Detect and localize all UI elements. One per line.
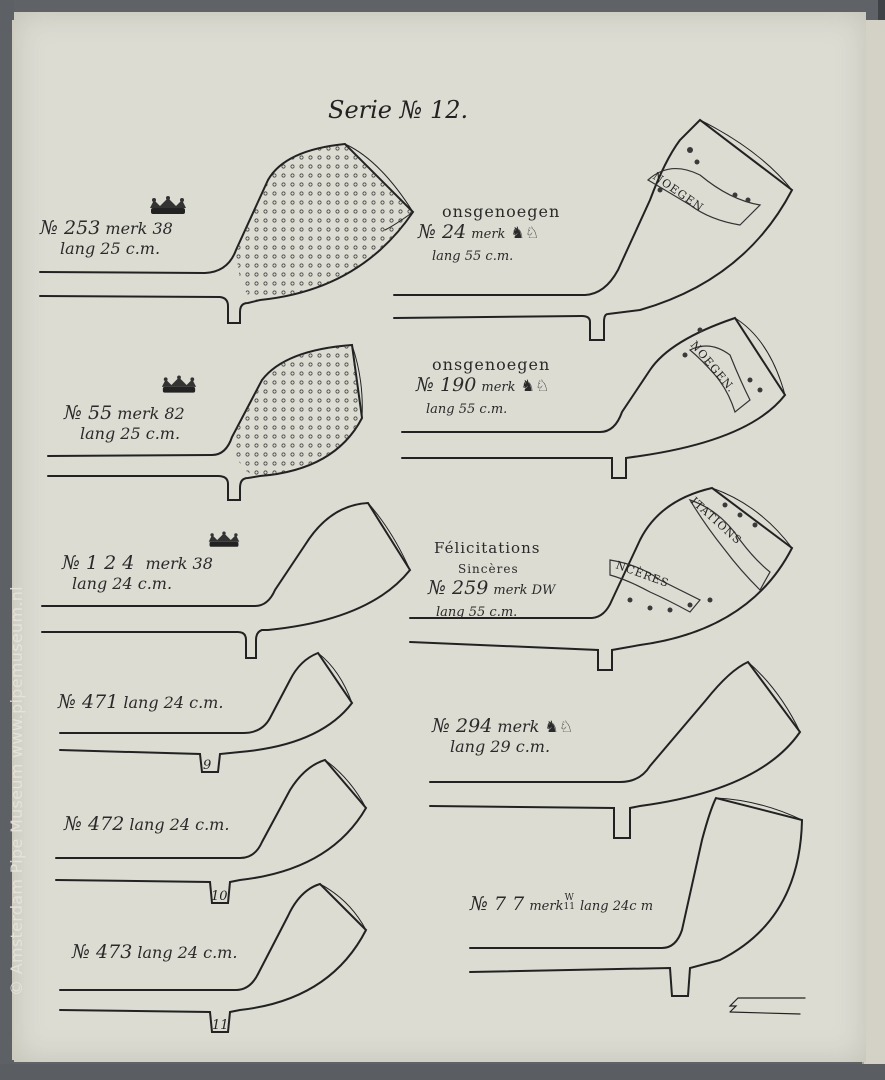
pipe-motto: onsgenoegen [432, 355, 550, 374]
pipe-merk: merk [497, 717, 539, 736]
pipe-merk: merk DW [493, 583, 555, 598]
pipe-number: № 55 [64, 402, 112, 424]
pipe-number: № 190 [416, 374, 476, 396]
pipe-length: lang 55 c.m. [436, 605, 517, 620]
pipe-number: № 294 [432, 715, 492, 737]
pipe-length: lang 24 c.m. [137, 943, 237, 962]
pipe-472-label: № 472 lang 24 c.m. [64, 814, 229, 835]
pipe-number: № 472 [64, 813, 124, 835]
page-title: Serie № 12. [328, 96, 468, 124]
pipe-length: lang 24 c.m. [123, 693, 223, 712]
pipe-length: lang 24c m [580, 899, 653, 914]
coat-of-arms-icon: ♞♘ [521, 376, 550, 395]
crown-icon [148, 196, 188, 216]
pipe-length: lang 25 c.m. [60, 239, 160, 258]
pipe-471-label: № 471 lang 24 c.m. [58, 692, 223, 713]
pipe-length: lang 55 c.m. [432, 249, 513, 264]
pipe-55-label: № 55 merk 82 lang 25 c.m. [64, 403, 185, 444]
pipe-number: № 471 [58, 691, 118, 713]
pipe-number: № 473 [72, 941, 132, 963]
crown-icon [207, 531, 241, 549]
pipe-merk: merk [471, 227, 505, 242]
pipe-merk: merk [529, 899, 563, 914]
pipe-merk: merk [481, 380, 515, 395]
pipe-124-label: № 1 2 4 merk 38 lang 24 c.m. [62, 553, 213, 594]
pipe-number: № 24 [418, 221, 466, 243]
pipe-motto-2: Sincères [458, 562, 519, 576]
pipe-motto: onsgenoegen [442, 202, 560, 221]
pipe-length: lang 24 c.m. [72, 574, 172, 593]
pipe-24-label: onsgenoegen № 24 merk ♞♘ lang 55 c.m. [418, 202, 560, 267]
pipe-77-label: № 7 7 merkW11 lang 24c m [470, 894, 653, 917]
coat-of-arms-icon: ♞♘ [544, 717, 573, 736]
pipe-259-label: Félicitations Sincères № 259 merk DW lan… [428, 538, 555, 623]
pipe-number: № 1 2 4 [62, 552, 134, 574]
coat-of-arms-icon: ♞♘ [511, 223, 540, 242]
pipe-merk: merk 82 [117, 404, 184, 423]
pipe-length: lang 29 c.m. [450, 737, 550, 756]
pipe-length: lang 25 c.m. [80, 424, 180, 443]
pipe-number: № 253 [40, 217, 100, 239]
pipe-length: lang 24 c.m. [129, 815, 229, 834]
pipe-473-label: № 473 lang 24 c.m. [72, 942, 237, 963]
background-bottom [0, 1064, 885, 1080]
pipe-294-label: № 294 merk ♞♘ lang 29 c.m. [432, 716, 573, 757]
pipe-190-label: onsgenoegen № 190 merk ♞♘ lang 55 c.m. [416, 355, 550, 420]
watermark: © Amsterdam Pipe Museum www.pipemuseum.n… [7, 531, 29, 1051]
pipe-merk: merk 38 [145, 554, 212, 573]
crown-icon [160, 375, 198, 395]
pipe-length: lang 55 c.m. [426, 402, 507, 417]
pipe-number: № 7 7 [470, 893, 524, 915]
pipe-253-label: № 253 merk 38 lang 25 c.m. [40, 218, 173, 259]
pipe-motto: Félicitations [434, 539, 540, 557]
pipe-number: № 259 [428, 577, 488, 599]
pipe-merk: merk 38 [105, 219, 172, 238]
merk-sup: W11 [563, 894, 574, 912]
catalog-page [14, 12, 866, 1062]
